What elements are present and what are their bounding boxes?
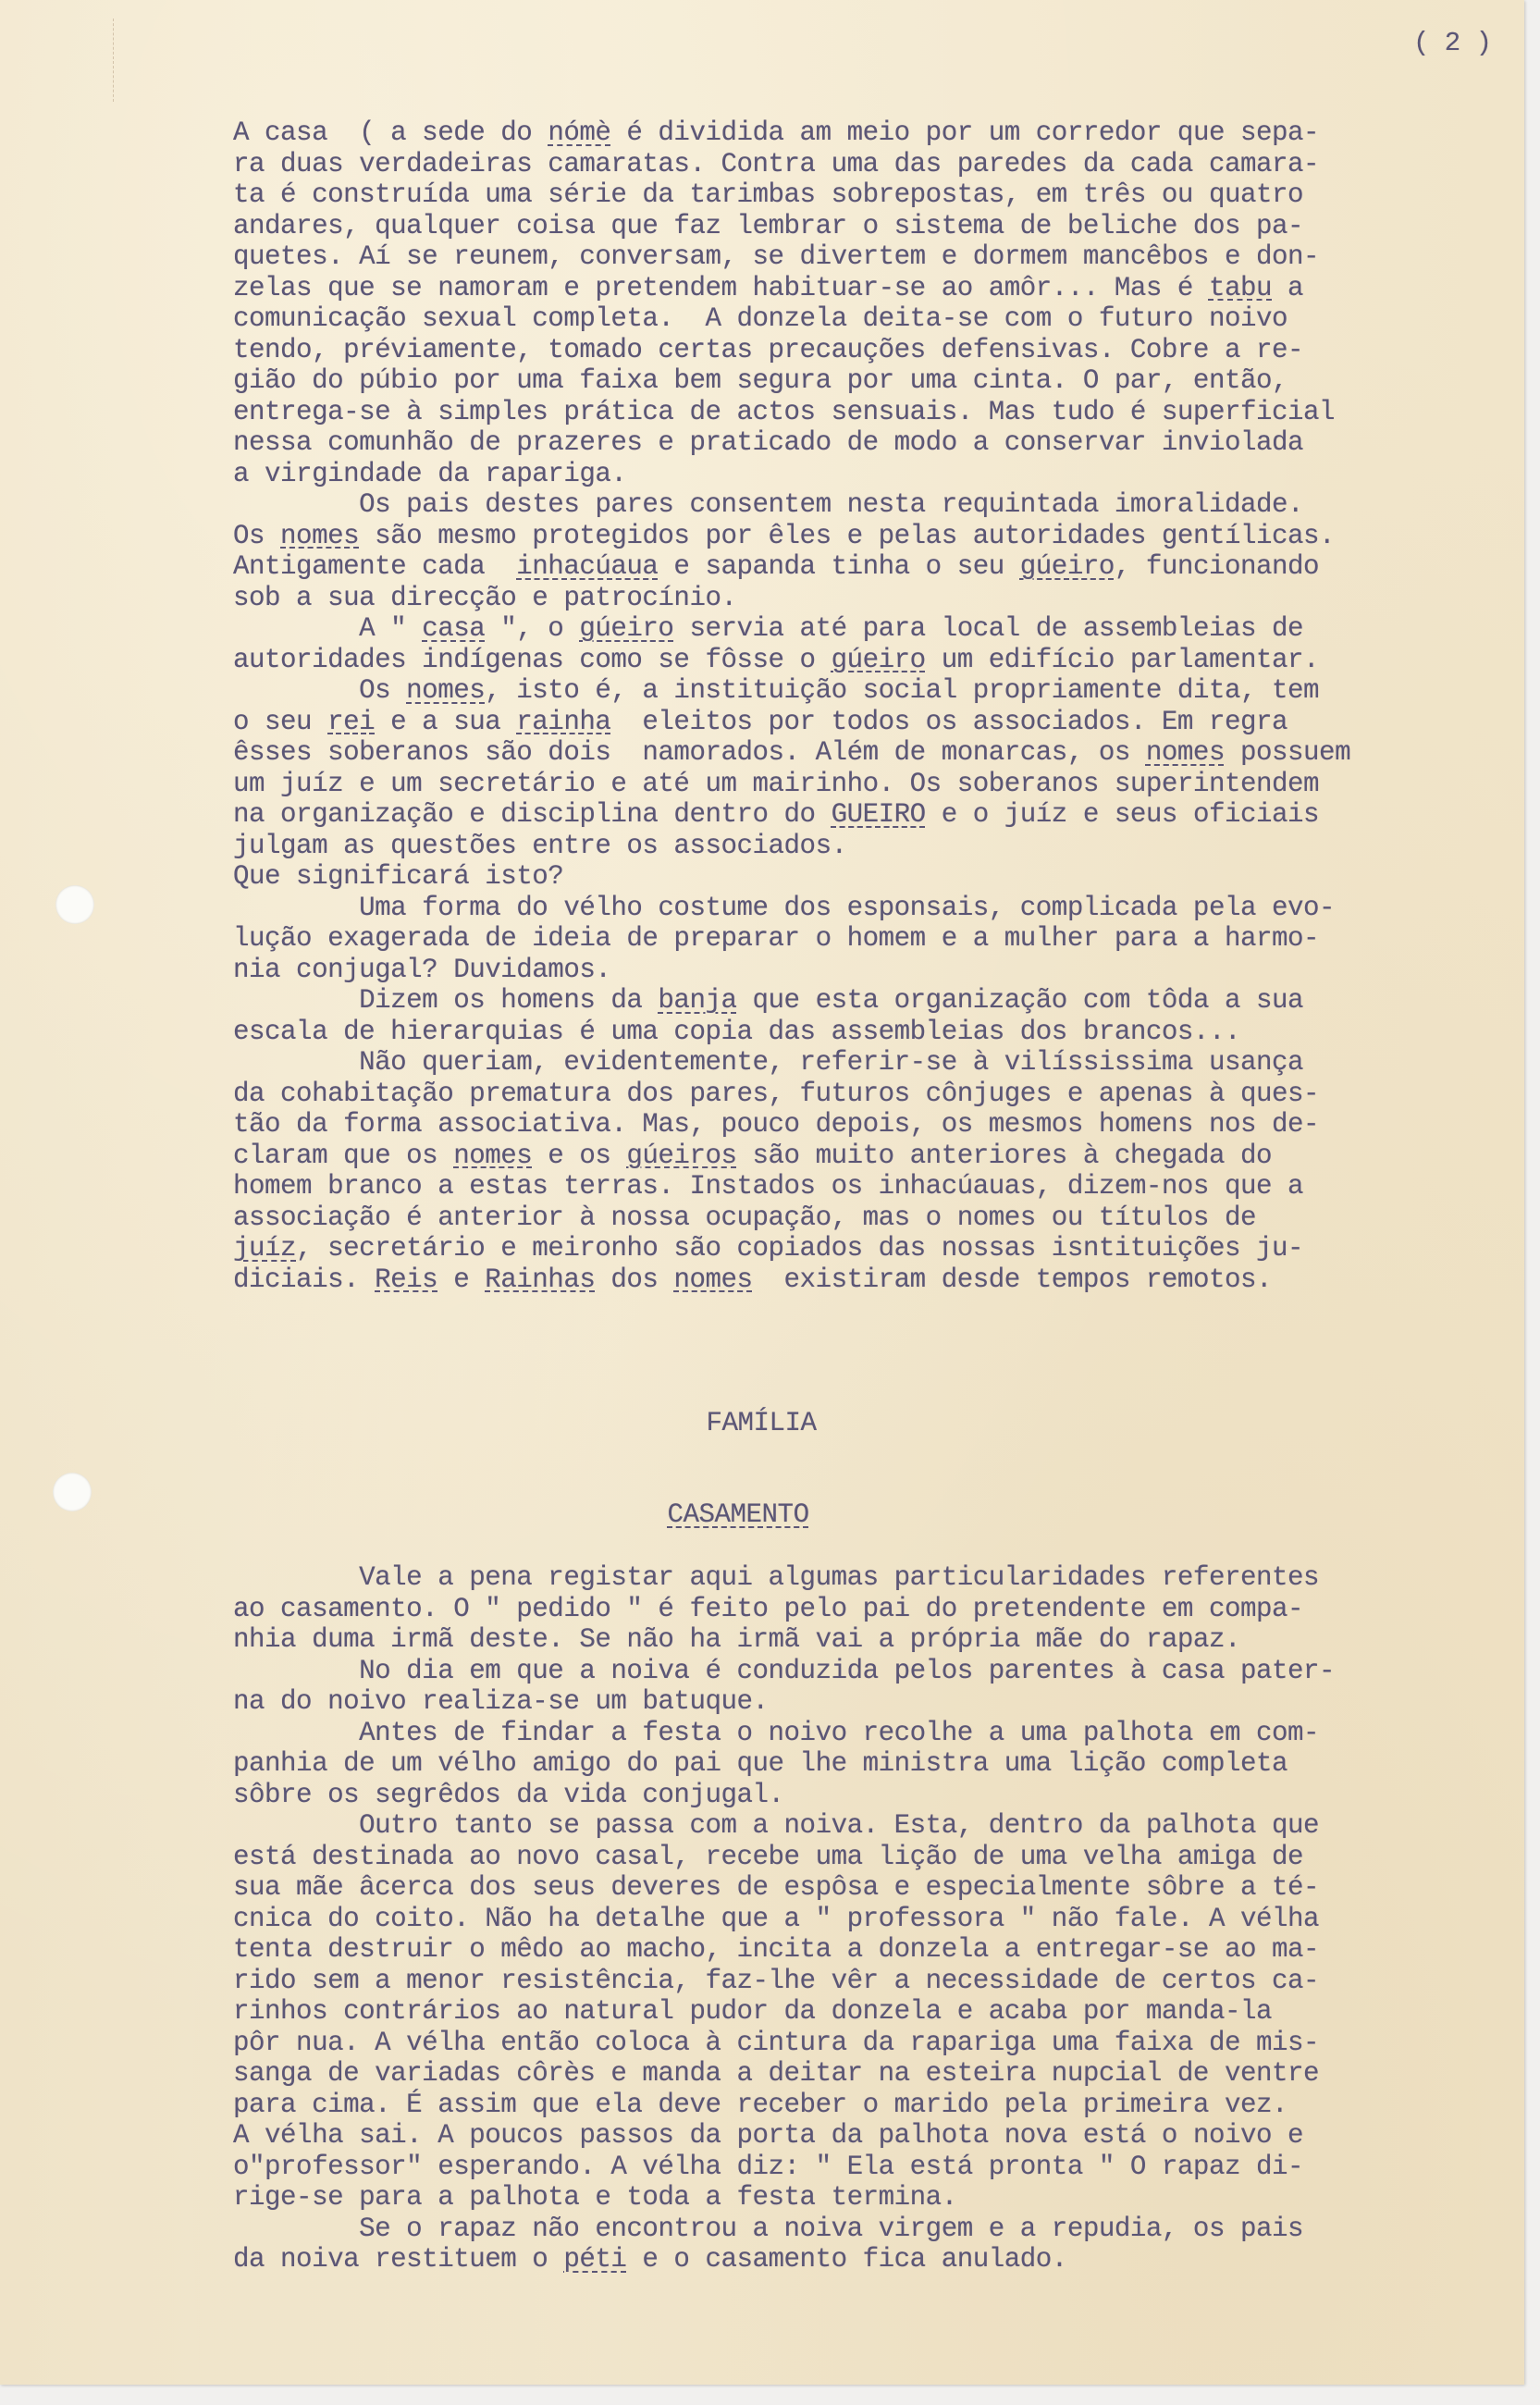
text-run: nia conjugal? Duvidamos. <box>233 955 610 985</box>
text-run: são mesmo protegidos por êles e pelas au… <box>359 521 1335 551</box>
text-line: ao casamento. O " pedido " é feito pelo … <box>233 1594 1335 1625</box>
text-run: dos <box>595 1264 673 1295</box>
text-run: sua mãe âcerca dos seus deveres de espôs… <box>233 1872 1319 1903</box>
text-run: e o juíz e seus oficiais <box>926 799 1319 830</box>
text-run: ", o <box>485 613 579 644</box>
text-line: Uma forma do vélho costume dos esponsais… <box>233 893 1350 924</box>
underlined-term: péti <box>563 2244 626 2275</box>
text-run: entrega-se à simples prática de actos se… <box>233 397 1335 427</box>
text-line: homem branco a estas terras. Instados os… <box>233 1171 1350 1202</box>
text-run: o seu <box>233 707 327 737</box>
text-line: cnica do coito. Não ha detalhe que a " p… <box>233 1904 1335 1935</box>
text-run: nessa comunhão de prazeres e praticado d… <box>233 427 1303 458</box>
text-run: Vale a pena registar aqui algumas partic… <box>233 1562 1319 1593</box>
text-run: tendo, préviamente, tomado certas precau… <box>233 335 1303 365</box>
text-run: julgam as questões entre os associados. <box>233 831 847 861</box>
text-line: juíz, secretário e meironho são copiados… <box>233 1233 1350 1264</box>
text-line: Não queriam, evidentemente, referir-se à… <box>233 1047 1350 1079</box>
text-run: e sapanda tinha o seu <box>658 551 1019 582</box>
text-run: Outro tanto se passa com a noiva. Esta, … <box>233 1810 1319 1841</box>
body-section-nome: A casa ( a sede do nómè é dividida am me… <box>233 117 1350 1295</box>
section-heading-familia: FAMÍLIA <box>0 1376 1492 1470</box>
text-run: andares, qualquer coisa que faz lembrar … <box>233 211 1303 241</box>
text-run: A casa ( a sede do <box>233 117 548 148</box>
text-line: A " casa ", o gúeiro servia até para loc… <box>233 613 1350 645</box>
text-line: para cima. É assim que ela deve receber … <box>233 2090 1335 2121</box>
text-run: e os <box>532 1141 626 1171</box>
text-run: comunicação sexual completa. A donzela d… <box>233 303 1287 334</box>
text-run: Se o rapaz não encontrou a noiva virgem … <box>233 2214 1303 2244</box>
text-line: diciais. Reis e Rainhas dos nomes existi… <box>233 1264 1350 1296</box>
text-run: são muito anteriores à chegada do <box>737 1141 1273 1171</box>
text-run: autoridades indígenas como se fôsse o <box>233 645 832 675</box>
text-run: associação é anterior à nossa ocupação, … <box>233 1202 1256 1233</box>
punch-hole-icon <box>55 885 94 924</box>
text-run: a virgindade da rapariga. <box>233 459 626 489</box>
text-run: da cohabitação prematura dos pares, futu… <box>233 1079 1319 1109</box>
underlined-term: inhacúaua <box>516 551 658 582</box>
text-line: Se o rapaz não encontrou a noiva virgem … <box>233 2214 1335 2245</box>
heading-text: FAMÍLIA <box>706 1408 816 1438</box>
text-run: quetes. Aí se reunem, conversam, se dive… <box>233 241 1319 272</box>
text-line: nhia duma irmã deste. Se não ha irmã vai… <box>233 1624 1335 1656</box>
underlined-term: juíz <box>233 1233 296 1264</box>
text-run: tão da forma associativa. Mas, pouco dep… <box>233 1109 1319 1140</box>
underlined-term: GUEIRO <box>832 799 926 830</box>
text-run: Os <box>233 675 406 706</box>
text-run: , isto é, a instituição social propriame… <box>485 675 1319 706</box>
body-section-casamento: Vale a pena registar aqui algumas partic… <box>233 1562 1335 2275</box>
text-run: Antigamente cada <box>233 551 516 582</box>
text-run: Dizem os homens da <box>233 985 658 1016</box>
text-line: da noiva restituem o péti e o casamento … <box>233 2244 1335 2275</box>
text-line: zelas que se namoram e pretendem habitua… <box>233 273 1350 304</box>
text-line: gião do púbio por uma faixa bem segura p… <box>233 365 1350 397</box>
text-line: tão da forma associativa. Mas, pouco dep… <box>233 1109 1350 1141</box>
text-run: Que significará isto? <box>233 861 563 892</box>
text-line: rido sem a menor resistência, faz-lhe vê… <box>233 1966 1335 1997</box>
text-run: a <box>1272 273 1303 303</box>
underlined-term: gúeiro <box>1020 551 1115 582</box>
text-line: Antigamente cada inhacúaua e sapanda tin… <box>233 551 1350 583</box>
text-line: comunicação sexual completa. A donzela d… <box>233 303 1350 335</box>
text-line: rige-se para a palhota e toda a festa te… <box>233 2182 1335 2214</box>
text-line: claram que os nomes e os gúeiros são mui… <box>233 1141 1350 1172</box>
text-line: Os nomes são mesmo protegidos por êles e… <box>233 521 1350 552</box>
page-number: ( 2 ) <box>1413 28 1492 59</box>
text-run: é dividida am meio por um corredor que s… <box>610 117 1319 148</box>
text-line: na do noivo realiza-se um batuque. <box>233 1686 1335 1718</box>
text-line: na organização e disciplina dentro do GU… <box>233 799 1350 831</box>
underlined-term: Reis <box>375 1264 437 1295</box>
text-line: Outro tanto se passa com a noiva. Esta, … <box>233 1810 1335 1842</box>
underlined-term: rainha <box>516 707 610 737</box>
text-run: rige-se para a palhota e toda a festa te… <box>233 2182 957 2213</box>
text-line: A vélha sai. A poucos passos da porta da… <box>233 2120 1335 2152</box>
text-run: e o casamento fica anulado. <box>626 2244 1066 2275</box>
underlined-term: gúeiro <box>579 613 673 644</box>
text-line: Vale a pena registar aqui algumas partic… <box>233 1562 1335 1594</box>
underlined-term: Rainhas <box>485 1264 595 1295</box>
underlined-term: nomes <box>1146 737 1225 768</box>
text-run: ao casamento. O " pedido " é feito pelo … <box>233 1594 1303 1624</box>
text-run: possuem <box>1225 737 1350 768</box>
text-run: diciais. <box>233 1264 375 1295</box>
text-run: zelas que se namoram e pretendem habitua… <box>233 273 1209 303</box>
heading-text: CASAMENTO <box>667 1499 808 1530</box>
text-run: cnica do coito. Não ha detalhe que a " p… <box>233 1904 1319 1934</box>
text-run: A vélha sai. A poucos passos da porta da… <box>233 2120 1303 2151</box>
underlined-term: gúeiro <box>832 645 926 675</box>
text-run: existiram desde tempos remotos. <box>753 1264 1273 1295</box>
text-run: A " <box>233 613 422 644</box>
text-line: Os nomes, isto é, a instituição social p… <box>233 675 1350 707</box>
text-run: para cima. É assim que ela deve receber … <box>233 2090 1287 2120</box>
text-line: Que significará isto? <box>233 861 1350 893</box>
text-run: Não queriam, evidentemente, referir-se à… <box>233 1047 1303 1078</box>
text-run: um edifício parlamentar. <box>926 645 1319 675</box>
text-line: está destinada ao novo casal, recebe uma… <box>233 1842 1335 1873</box>
text-line: sanga de variadas côrès e manda a deitar… <box>233 2058 1335 2090</box>
text-run: da noiva restituem o <box>233 2244 563 2275</box>
text-run: está destinada ao novo casal, recebe uma… <box>233 1842 1303 1872</box>
text-run: homem branco a estas terras. Instados os… <box>233 1171 1303 1202</box>
text-run: eleitos por todos os associados. Em regr… <box>610 707 1287 737</box>
text-line: nessa comunhão de prazeres e praticado d… <box>233 427 1350 459</box>
text-run: o"professor" esperando. A vélha diz: " E… <box>233 2152 1303 2182</box>
text-line: tenta destruir o mêdo ao macho, incita a… <box>233 1934 1335 1966</box>
text-run: Os pais destes pares consentem nesta req… <box>233 489 1303 520</box>
text-line: entrega-se à simples prática de actos se… <box>233 397 1350 428</box>
text-run: servia até para local de assembleias de <box>673 613 1303 644</box>
underlined-term: nómè <box>548 117 610 148</box>
text-line: a virgindade da rapariga. <box>233 459 1350 490</box>
text-run: , secretário e meironho são copiados das… <box>296 1233 1303 1264</box>
text-line: ra duas verdadeiras camaratas. Contra um… <box>233 149 1350 180</box>
typewritten-page: ( 2 ) A casa ( a sede do nómè é dividida… <box>0 0 1524 2385</box>
text-line: um juíz e um secretário e até um mairinh… <box>233 769 1350 800</box>
text-line: o"professor" esperando. A vélha diz: " E… <box>233 2152 1335 2183</box>
text-run: tenta destruir o mêdo ao macho, incita a… <box>233 1934 1319 1965</box>
text-line: rinhos contrários ao natural pudor da do… <box>233 1996 1335 2028</box>
text-line: A casa ( a sede do nómè é dividida am me… <box>233 117 1350 149</box>
underlined-term: nomes <box>406 675 485 706</box>
text-line: lução exagerada de ideia de preparar o h… <box>233 923 1350 955</box>
underlined-term: casa <box>422 613 485 644</box>
text-run: panhia de um vélho amigo do pai que lhe … <box>233 1748 1287 1779</box>
text-run: na organização e disciplina dentro do <box>233 799 832 830</box>
text-line: panhia de um vélho amigo do pai que lhe … <box>233 1748 1335 1780</box>
underlined-term: nomes <box>453 1141 532 1171</box>
underlined-term: tabu <box>1209 273 1272 303</box>
text-run: um juíz e um secretário e até um mairinh… <box>233 769 1319 799</box>
text-run: , funcionando <box>1115 551 1319 582</box>
text-line: associação é anterior à nossa ocupação, … <box>233 1202 1350 1234</box>
margin-fold-line <box>113 18 115 102</box>
text-run: ta é construída uma série da tarimbas so… <box>233 179 1303 210</box>
text-run: nhia duma irmã deste. Se não ha irmã vai… <box>233 1624 1240 1655</box>
text-run: êsses soberanos são dois namorados. Além… <box>233 737 1146 768</box>
text-run: rido sem a menor resistência, faz-lhe vê… <box>233 1966 1319 1996</box>
text-line: julgam as questões entre os associados. <box>233 831 1350 862</box>
text-line: tendo, préviamente, tomado certas precau… <box>233 335 1350 366</box>
text-line: No dia em que a noiva é conduzida pelos … <box>233 1656 1335 1687</box>
text-line: êsses soberanos são dois namorados. Além… <box>233 737 1350 769</box>
text-run: sob a sua direcção e patrocínio. <box>233 583 737 613</box>
text-run: e <box>437 1264 485 1295</box>
text-run: sôbre os segrêdos da vida conjugal. <box>233 1780 784 1810</box>
text-line: pôr nua. A vélha então coloca à cintura … <box>233 2028 1335 2059</box>
text-run: escala de hierarquias é uma copia das as… <box>233 1017 1240 1047</box>
section-heading-casamento: CASAMENTO <box>0 1468 1469 1561</box>
text-run: Uma forma do vélho costume dos esponsais… <box>233 893 1335 923</box>
underlined-term: gúeiros <box>626 1141 736 1171</box>
text-line: Antes de findar a festa o noivo recolhe … <box>233 1718 1335 1749</box>
text-line: quetes. Aí se reunem, conversam, se dive… <box>233 241 1350 273</box>
text-run: na do noivo realiza-se um batuque. <box>233 1686 769 1717</box>
text-run: claram que os <box>233 1141 453 1171</box>
text-run: e a sua <box>375 707 516 737</box>
underlined-term: rei <box>327 707 375 737</box>
underlined-term: banja <box>658 985 736 1016</box>
text-run: Antes de findar a festa o noivo recolhe … <box>233 1718 1319 1748</box>
text-line: Os pais destes pares consentem nesta req… <box>233 489 1350 521</box>
underlined-term: nomes <box>673 1264 752 1295</box>
text-run: sanga de variadas côrès e manda a deitar… <box>233 2058 1319 2089</box>
text-line: nia conjugal? Duvidamos. <box>233 955 1350 986</box>
text-line: o seu rei e a sua rainha eleitos por tod… <box>233 707 1350 738</box>
text-line: autoridades indígenas como se fôsse o gú… <box>233 645 1350 676</box>
text-run: pôr nua. A vélha então coloca à cintura … <box>233 2028 1319 2058</box>
text-run: ra duas verdadeiras camaratas. Contra um… <box>233 149 1319 179</box>
text-run: gião do púbio por uma faixa bem segura p… <box>233 365 1287 396</box>
text-line: da cohabitação prematura dos pares, futu… <box>233 1079 1350 1110</box>
text-line: ta é construída uma série da tarimbas so… <box>233 179 1350 211</box>
text-run: No dia em que a noiva é conduzida pelos … <box>233 1656 1335 1686</box>
text-line: sôbre os segrêdos da vida conjugal. <box>233 1780 1335 1811</box>
text-run: que esta organização com tôda a sua <box>737 985 1304 1016</box>
text-run: Os <box>233 521 280 551</box>
underlined-term: nomes <box>280 521 359 551</box>
text-line: escala de hierarquias é uma copia das as… <box>233 1017 1350 1048</box>
text-line: Dizem os homens da banja que esta organi… <box>233 985 1350 1017</box>
text-line: sob a sua direcção e patrocínio. <box>233 583 1350 614</box>
text-run: lução exagerada de ideia de preparar o h… <box>233 923 1319 954</box>
text-line: andares, qualquer coisa que faz lembrar … <box>233 211 1350 242</box>
text-run: rinhos contrários ao natural pudor da do… <box>233 1996 1272 2027</box>
text-line: sua mãe âcerca dos seus deveres de espôs… <box>233 1872 1335 1904</box>
